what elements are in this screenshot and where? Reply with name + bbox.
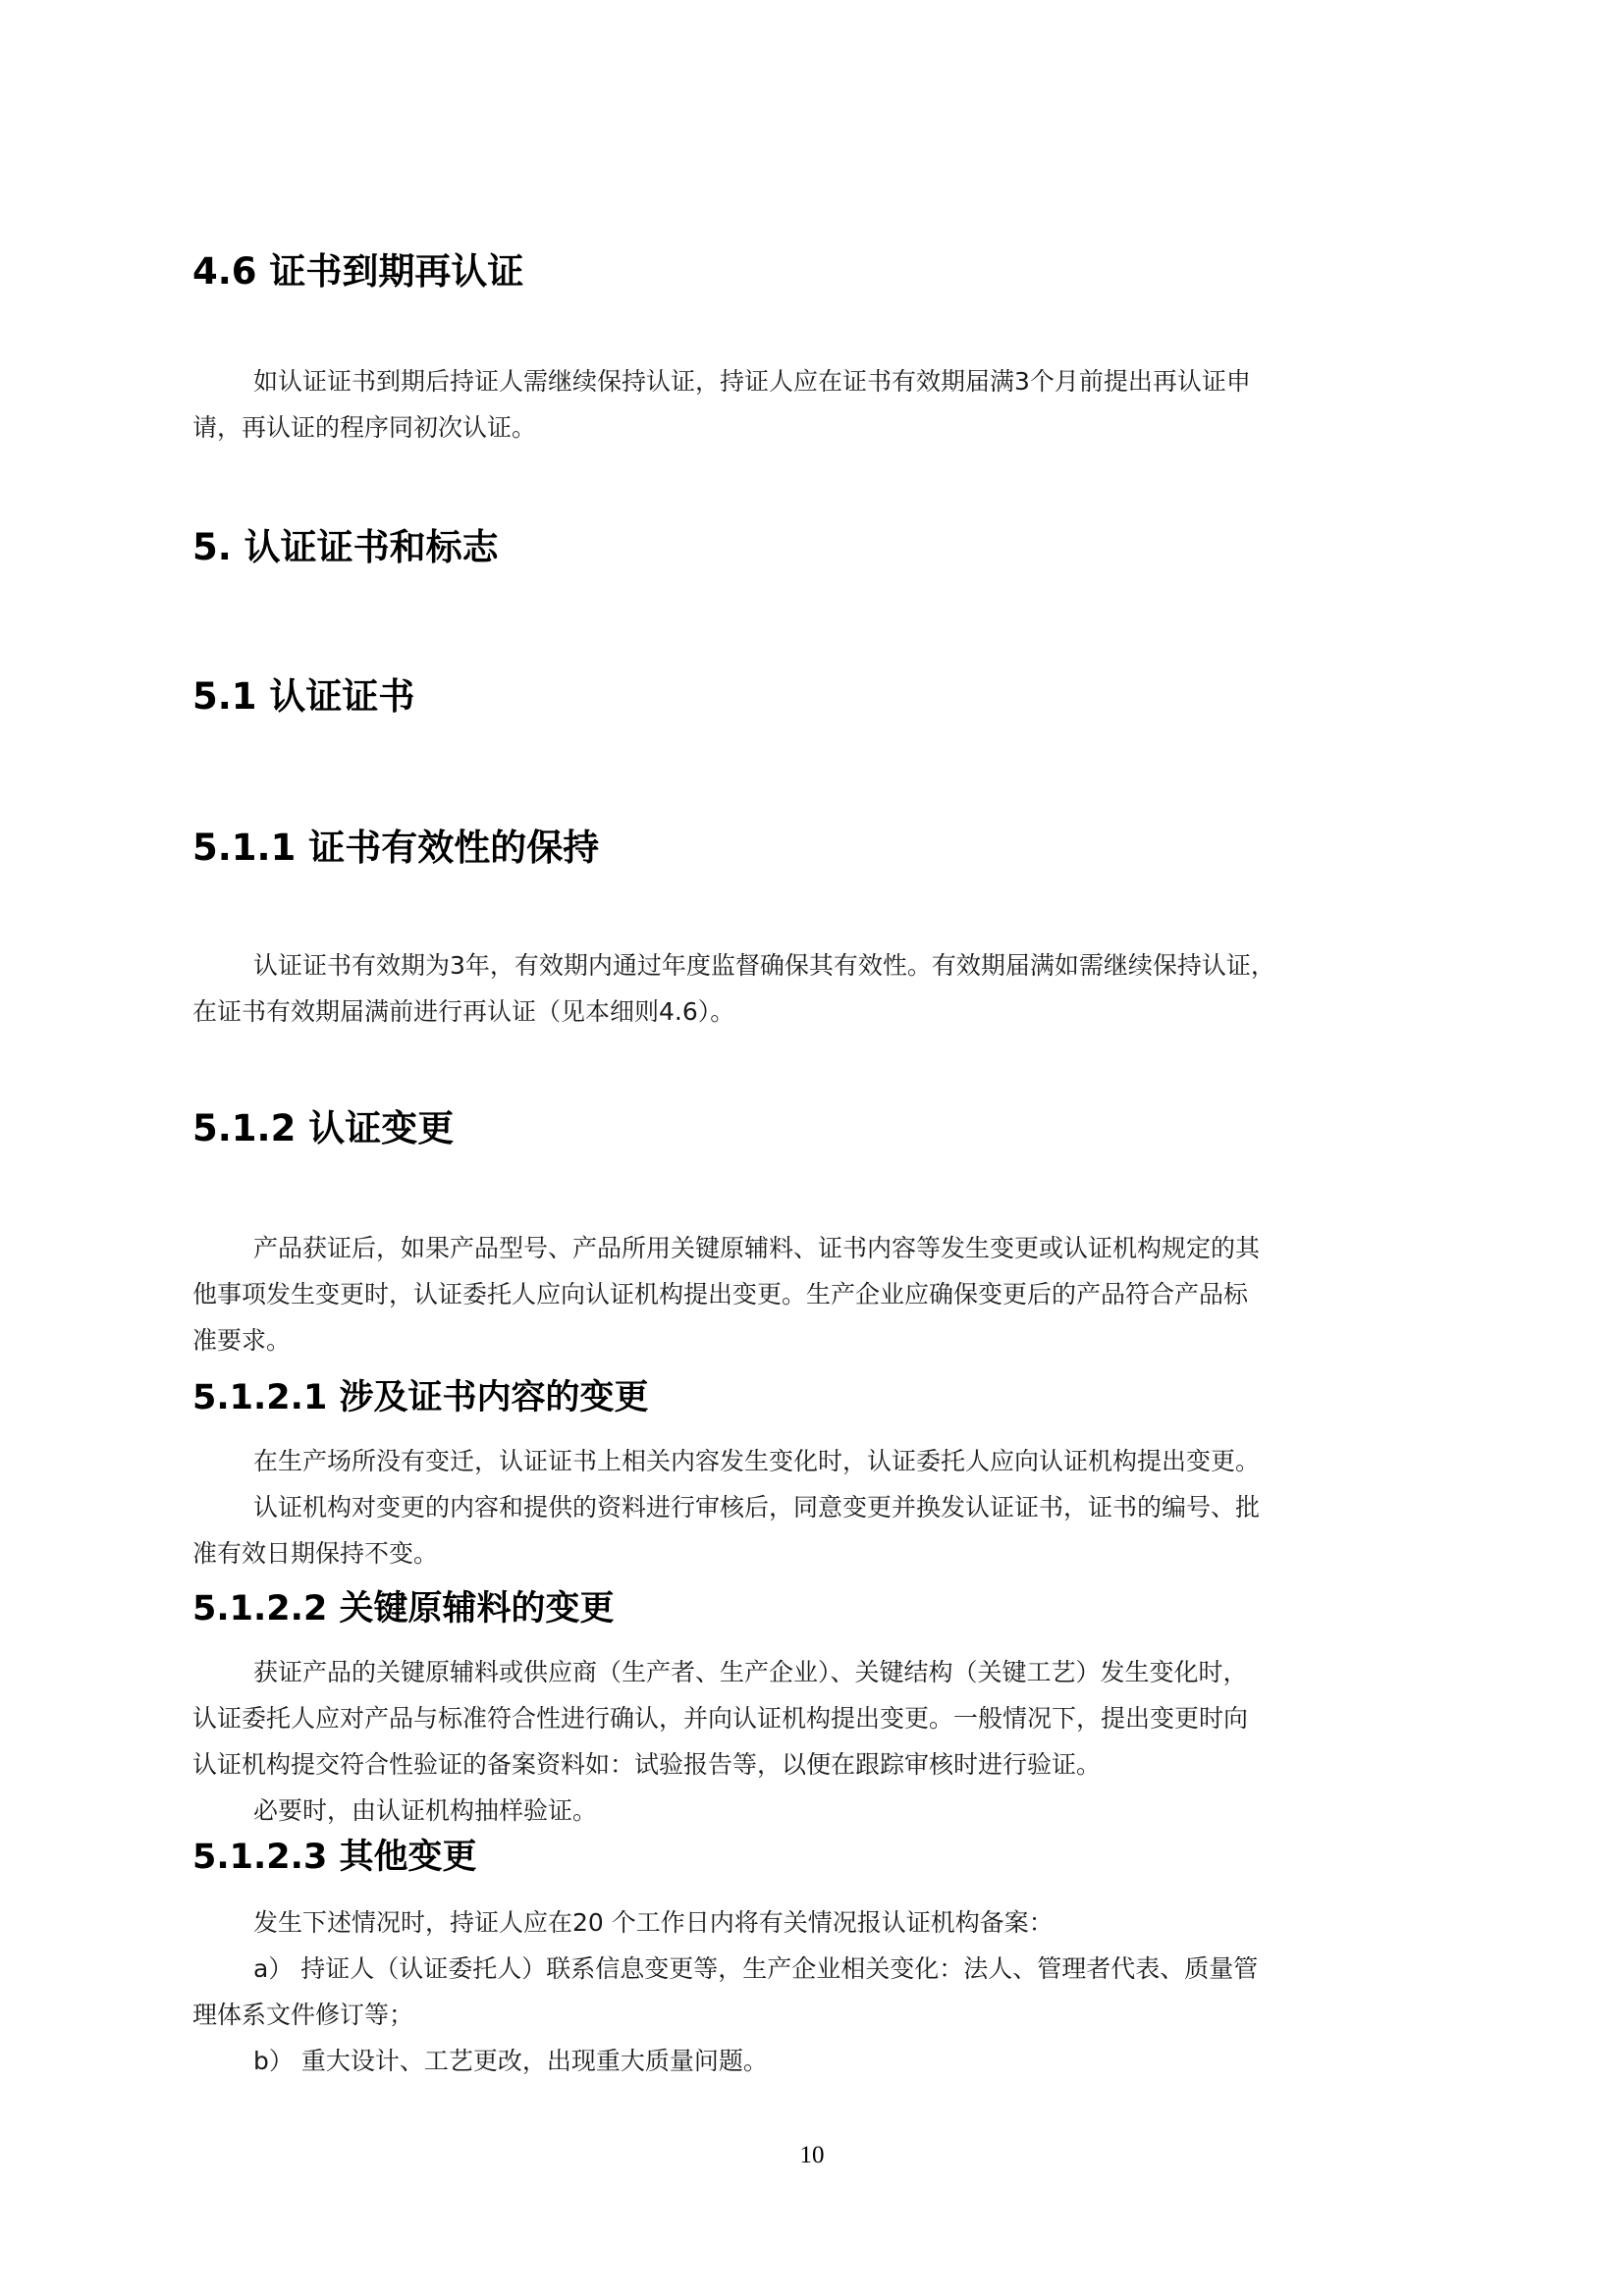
paragraph: 获证产品的关键原辅料或供应商（生产者、生产企业）、关键结构（关键工艺）发生变化时… — [192, 1649, 1432, 1834]
heading-5-1-2-3: 5.1.2.3 其他变更 — [192, 1836, 477, 1879]
paragraph: 在生产场所没有变迁，认证证书上相关内容发生变化时，认证委托人应向认证机构提出变更… — [192, 1438, 1432, 1576]
heading-4-6: 4.6 证书到期再认证 — [192, 250, 523, 294]
list-item-a: a） 持证人（认证委托人）联系信息变更等，生产企业相关变化：法人、管理者代表、质… — [192, 1946, 1432, 1992]
paragraph: 产品获证后，如果产品型号、产品所用关键原辅料、证书内容等发生变更或认证机构规定的… — [192, 1225, 1432, 1363]
heading-5: 5. 认证证书和标志 — [192, 526, 499, 569]
heading-5-1-2-1: 5.1.2.1 涉及证书内容的变更 — [192, 1376, 649, 1419]
paragraph: 认证证书有效期为3年，有效期内通过年度监督确保其有效性。有效期届满如需继续保持认… — [192, 942, 1432, 1035]
list-item-b: b） 重大设计、工艺更改，出现重大质量问题。 — [192, 2038, 1432, 2084]
heading-5-1-2-2: 5.1.2.2 关键原辅料的变更 — [192, 1587, 615, 1630]
heading-5-1-1: 5.1.1 证书有效性的保持 — [192, 827, 599, 870]
document-page: 4.6 证书到期再认证 如认证证书到期后持证人需继续保持认证，持证人应在证书有效… — [0, 0, 1624, 2296]
heading-5-1: 5.1 认证证书 — [192, 675, 414, 719]
paragraph: 如认证证书到期后持证人需继续保持认证，持证人应在证书有效期届满3个月前提出再认证… — [192, 358, 1432, 451]
page-number: 10 — [0, 2142, 1624, 2169]
paragraph: 发生下述情况时，持证人应在20 个工作日内将有关情况报认证机构备案： a） 持证… — [192, 1899, 1432, 2084]
heading-5-1-2: 5.1.2 认证变更 — [192, 1107, 454, 1150]
